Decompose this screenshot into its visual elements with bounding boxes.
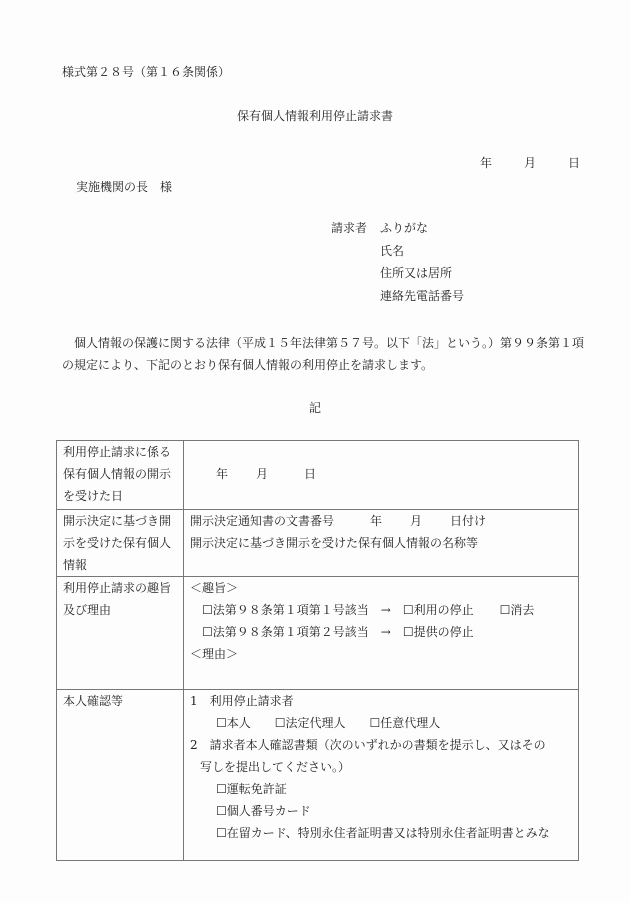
checkbox-stop-provision[interactable]: ☐提供の停止	[403, 625, 474, 639]
body-paragraph: 個人情報の保護に関する法律（平成１５年法律第５７号。以下「法」という。）第９９条…	[62, 332, 587, 376]
reason-heading: ＜理由＞	[190, 643, 578, 665]
disclosure-date-field[interactable]: 年月日	[184, 441, 579, 510]
checkbox-self[interactable]: ☐本人	[216, 716, 251, 730]
disclosed-info-field[interactable]: 開示決定通知書の文書番号年月日付け 開示決定に基づき開示を受けた保有個人情報の名…	[184, 510, 579, 577]
request-date: 年月日	[480, 157, 580, 169]
date-month: 月	[524, 157, 536, 169]
checkbox-erase[interactable]: ☐消去	[500, 603, 535, 617]
furigana-field-label: ふりがな	[380, 222, 428, 234]
checkbox-legal-agent[interactable]: ☐法定代理人	[275, 716, 346, 730]
addressee: 実施機関の長 様	[76, 181, 172, 193]
checkbox-my-number-card[interactable]: ☐個人番号カード	[190, 800, 578, 822]
table-row-identity: 本人確認等 1 利用停止請求者 ☐本人☐法定代理人☐任意代理人 2 請求者本人確…	[57, 690, 579, 861]
date-year: 年	[480, 157, 492, 169]
item2-heading-cont: 写しを提出してください。）	[190, 756, 578, 778]
checkbox-article98-item1[interactable]: ☐法第９８条第１項第１号該当	[202, 603, 369, 617]
checkbox-voluntary-agent[interactable]: ☐任意代理人	[370, 716, 441, 730]
document-title: 保有個人情報利用停止請求書	[0, 110, 630, 122]
phone-field-label: 連絡先電話番号	[380, 290, 464, 302]
purpose-reason-field: ＜趣旨＞ ☐法第９８条第１項第１号該当→☐利用の停止☐消去 ☐法第９８条第１項第…	[184, 577, 579, 690]
table-row-purpose-reason: 利用停止請求の趣旨 及び理由 ＜趣旨＞ ☐法第９８条第１項第１号該当→☐利用の停…	[57, 577, 579, 690]
arrow-icon: →	[381, 625, 391, 639]
row-label: 本人確認等	[57, 690, 184, 861]
request-form-table: 利用停止請求に係る 保有個人情報の開示 を受けた日 年月日 開示決定に基づき開 …	[56, 440, 579, 861]
row-label: 利用停止請求の趣旨 及び理由	[57, 577, 184, 690]
checkbox-drivers-license[interactable]: ☐運転免許証	[190, 778, 578, 800]
purpose-heading: ＜趣旨＞	[190, 577, 578, 599]
address-field-label: 住所又は居所	[380, 267, 452, 279]
date-day: 日	[568, 157, 580, 169]
row-label: 利用停止請求に係る 保有個人情報の開示 を受けた日	[57, 441, 184, 510]
checkbox-stop-use[interactable]: ☐利用の停止	[403, 603, 474, 617]
identity-field: 1 利用停止請求者 ☐本人☐法定代理人☐任意代理人 2 請求者本人確認書類（次の…	[184, 690, 579, 861]
table-row-disclosure-date: 利用停止請求に係る 保有個人情報の開示 を受けた日 年月日	[57, 441, 579, 510]
item2-heading: 2 請求者本人確認書類（次のいずれかの書類を提示し、又はその	[190, 734, 578, 756]
checkbox-article98-item2[interactable]: ☐法第９８条第１項第２号該当	[202, 625, 369, 639]
ki-heading: 記	[0, 402, 630, 414]
info-name-label: 開示決定に基づき開示を受けた保有個人情報の名称等	[190, 532, 578, 554]
doc-number-label: 開示決定通知書の文書番号	[190, 514, 334, 528]
name-field-label: 氏名	[380, 245, 404, 257]
requester-label: 請求者	[331, 222, 367, 234]
table-row-disclosed-info: 開示決定に基づき開 示を受けた保有個人 情報 開示決定通知書の文書番号年月日付け…	[57, 510, 579, 577]
form-number: 様式第２８号（第１６条関係）	[62, 66, 230, 78]
checkbox-residence-card[interactable]: ☐在留カード、特別永住者証明書又は特別永住者証明書とみな	[190, 822, 578, 844]
row-label: 開示決定に基づき開 示を受けた保有個人 情報	[57, 510, 184, 577]
arrow-icon: →	[381, 603, 391, 617]
item1-heading: 1 利用停止請求者	[190, 690, 578, 712]
